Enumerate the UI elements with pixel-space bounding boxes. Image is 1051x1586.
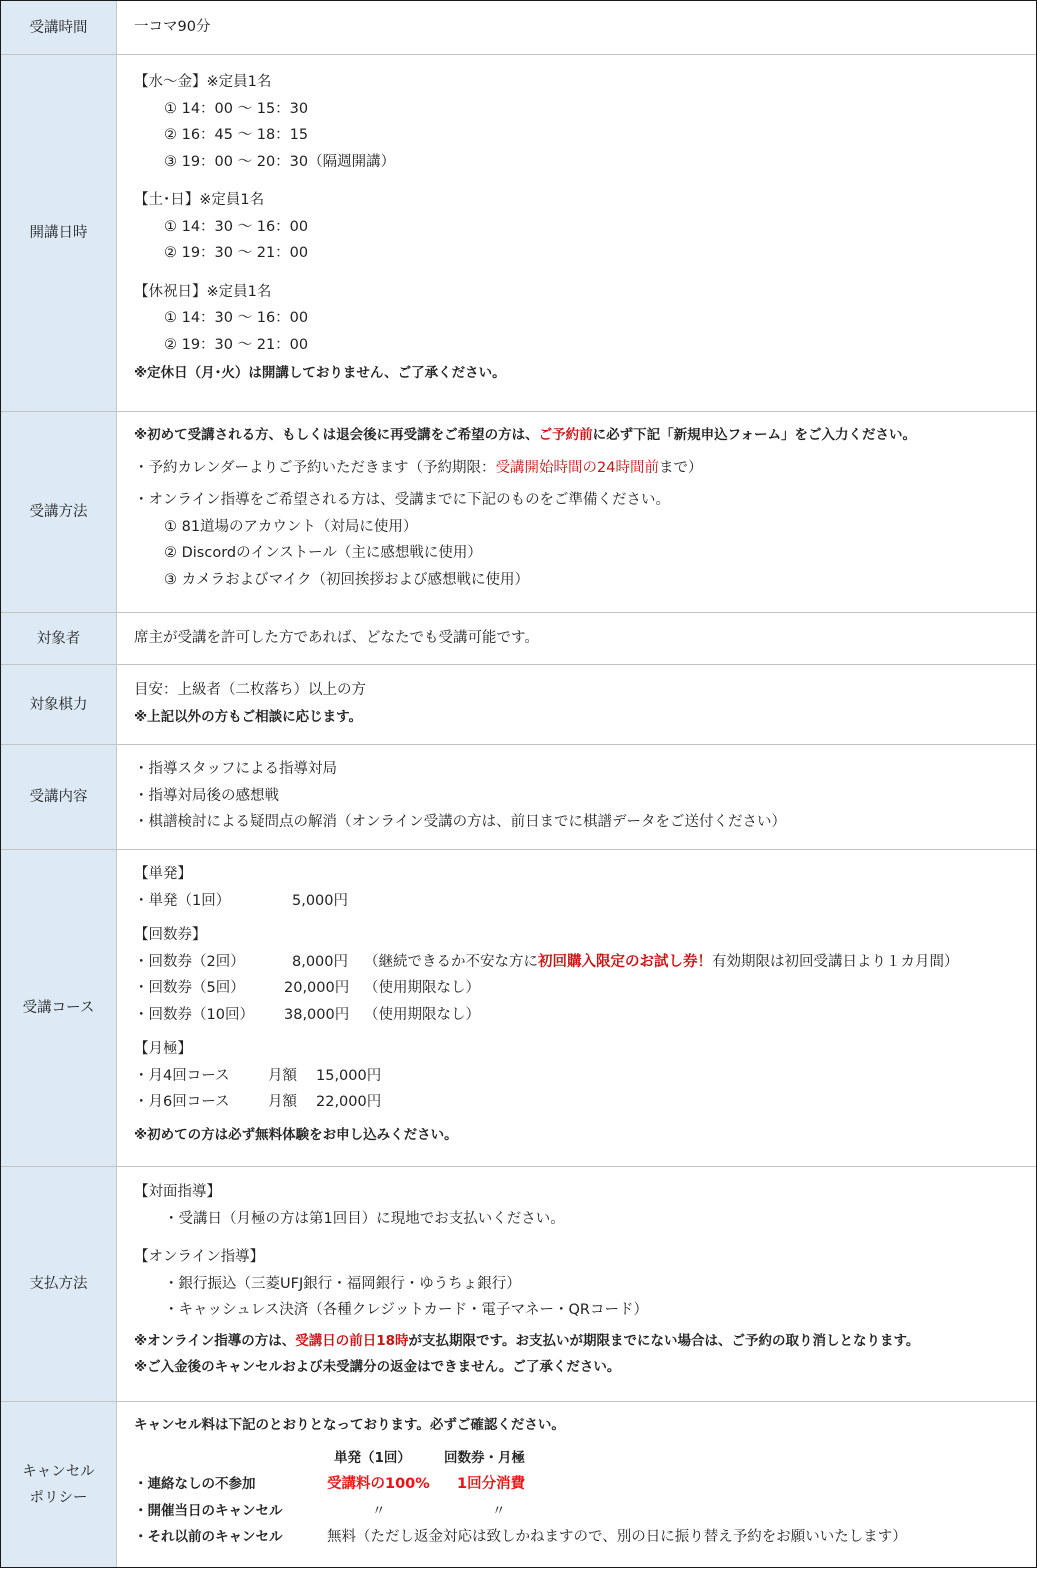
cancel-table-header: 単発（1回）回数券・月極 [134,1445,1036,1472]
course-item: ・単発（1回）5,000円 [134,888,1036,915]
course-note: （使用期限なし） [364,1007,480,1023]
schedule-slot: ② 19：30 ～ 21：00 [134,332,1036,359]
row-cancel: キャンセル ポリシー キャンセル料は下記のとおりとなっております。必ずご確認くだ… [1,1401,1036,1567]
note-text: ※オンライン指導の方は、 [134,1333,295,1349]
schedule-slot: ② 19：30 ～ 21：00 [134,240,1036,267]
online-prep-item: ③ カメラおよびマイク（初回挨拶および感想戦に使用） [134,567,1036,594]
new-member-notice: ※初めて受講される方、もしくは退会後に再受講をご希望の方は、ご予約前に必ず下記「… [134,422,1036,449]
course-price: 15,000円 [316,1068,381,1084]
method-content: ※初めて受講される方、もしくは退会後に再受講をご希望の方は、ご予約前に必ず下記「… [117,412,1036,612]
course-name: ・単発（1回） [134,888,292,915]
course-price: 5,000円 [292,893,348,909]
label-cancel-line: ポリシー [30,1485,88,1511]
label-schedule: 開講日時 [1,55,117,411]
course-item: ・月4回コース月額15,000円 [134,1063,1036,1090]
note-text: が支払期限です。お支払いが期限までにない場合は、ご予約の取り消しとなります。 [409,1333,920,1349]
schedule-slot: ③ 19：00 ～ 20：30（隔週開講） [134,149,1036,176]
cancel-intro: キャンセル料は下記のとおりとなっております。必ずご確認ください。 [134,1412,1036,1439]
online-prep-item: ① 81道場のアカウント（対局に使用） [134,514,1036,541]
course-price: 22,000円 [316,1094,381,1110]
course-note: （使用期限なし） [364,980,480,996]
cancel-content: キャンセル料は下記のとおりとなっております。必ずご確認ください。 単発（1回）回… [117,1402,1036,1567]
reserve-text: まで） [659,460,703,476]
course-item: ・回数券（2回）8,000円（継続できるか不安な方に初回購入限定のお試し券！有効… [134,949,1036,976]
target-text: 席主が受講を許可した方であれば、どなたでも受講可能です。 [134,625,539,652]
cancel-row: ・連絡なしの不参加受講料の100%1回分消費 [134,1471,1036,1498]
course-note: 有効期限は初回受講日より１カ月間） [712,954,959,970]
level-content: 目安：上級者（二枚落ち）以上の方 ※上記以外の方もご相談に応じます。 [117,665,1036,744]
course-item: ・回数券（10回）38,000円（使用期限なし） [134,1002,1036,1029]
payment-deadline-highlight: 受講日の前日18時 [295,1333,408,1349]
row-duration: 受講時間 一コマ90分 [1,1,1036,54]
schedule-closed-note: ※定休日（月･火）は開講しておりません、ご了承ください。 [134,360,1036,387]
content-item: ・棋譜検討による疑問点の解消（オンライン受講の方は、前日までに棋譜データをご送付… [134,809,1036,836]
label-duration: 受講時間 [1,1,117,54]
cancel-fee-free: 無料（ただし返金対応は致しかねますので、別の日に振り替え予約をお願いいたします） [327,1529,907,1545]
schedule-group-title: 【土･日】※定員1名 [134,187,1036,214]
cancel-fee-single: 受講料の100% [327,1471,457,1498]
course-price: 38,000円 [284,1002,364,1029]
payment-section-title: 【オンライン指導】 [134,1244,1036,1271]
cancel-header-ticket: 回数券・月極 [444,1450,525,1466]
content-list: ・指導スタッフによる指導対局 ・指導対局後の感想戦 ・棋譜検討による疑問点の解消… [117,745,1036,849]
content-item: ・指導対局後の感想戦 [134,783,1036,810]
row-schedule: 開講日時 【水～金】※定員1名 ① 14：00 ～ 15：30 ② 16：45 … [1,54,1036,411]
schedule-slot: ② 16：45 ～ 18：15 [134,122,1036,149]
course-price: 8,000円 [292,949,364,976]
online-prep-item: ② Discordのインストール（主に感想戦に使用） [134,540,1036,567]
cancel-case: ・開催当日のキャンセル [134,1498,372,1525]
course-item: ・回数券（5回）20,000円（使用期限なし） [134,975,1036,1002]
target-content: 席主が受講を許可した方であれば、どなたでも受講可能です。 [117,613,1036,664]
notice-text: に必ず下記「新規申込フォーム」をご入力ください。 [593,427,916,443]
label-courses: 受講コース [1,850,117,1166]
cancel-header-single: 単発（1回） [334,1445,444,1472]
label-content: 受講内容 [1,745,117,849]
label-level: 対象棋力 [1,665,117,744]
label-cancel-line: キャンセル [22,1459,95,1485]
row-payment: 支払方法 【対面指導】 ・受講日（月極の方は第1回目）に現地でお支払いください。… [1,1166,1036,1401]
refund-note: ※ご入金後のキャンセルおよび未受講分の返金はできません。ご了承ください。 [134,1354,1036,1381]
cancel-fee-single: 〃 [372,1498,492,1525]
schedule-slot: ① 14：30 ～ 16：00 [134,214,1036,241]
course-name: ・回数券（5回） [134,975,284,1002]
reserve-text: ・予約カレンダーよりご予約いただきます（予約期限： [134,460,496,476]
course-name: ・月6回コース [134,1089,268,1116]
course-section-title: 【月極】 [134,1036,1036,1063]
schedule-group-title: 【休祝日】※定員1名 [134,279,1036,306]
course-name: ・回数券（2回） [134,949,292,976]
courses-content: 【単発】 ・単発（1回）5,000円 【回数券】 ・回数券（2回）8,000円（… [117,850,1036,1166]
row-content: 受講内容 ・指導スタッフによる指導対局 ・指導対局後の感想戦 ・棋譜検討による疑… [1,744,1036,849]
schedule-slot: ① 14：30 ～ 16：00 [134,305,1036,332]
label-cancel: キャンセル ポリシー [1,1402,117,1567]
course-name: ・回数券（10回） [134,1002,284,1029]
payment-deadline-note: ※オンライン指導の方は、受講日の前日18時が支払期限です。お支払いが期限までにな… [134,1328,1036,1355]
course-price: 20,000円 [284,975,364,1002]
course-trial-note: ※初めての方は必ず無料体験をお申し込みください。 [134,1122,1036,1149]
cancel-fee-ticket: 〃 [492,1503,506,1519]
row-target: 対象者 席主が受講を許可した方であれば、どなたでも受講可能です。 [1,612,1036,664]
notice-highlight: ご予約前 [539,427,593,443]
label-payment: 支払方法 [1,1167,117,1401]
cancel-case: ・それ以前のキャンセル [134,1524,327,1551]
schedule-group-title: 【水～金】※定員1名 [134,69,1036,96]
schedule-slot: ① 14：00 ～ 15：30 [134,96,1036,123]
row-method: 受講方法 ※初めて受講される方、もしくは退会後に再受講をご希望の方は、ご予約前に… [1,411,1036,612]
label-method: 受講方法 [1,412,117,612]
level-text: 目安：上級者（二枚落ち）以上の方 [134,677,1036,704]
payment-item: ・キャッシュレス決済（各種クレジットカード・電子マネー・QRコード） [134,1297,1036,1324]
course-name: ・月4回コース [134,1063,268,1090]
cancel-fee-ticket: 1回分消費 [457,1476,525,1492]
duration-value: 一コマ90分 [117,1,1036,54]
course-section-title: 【回数券】 [134,922,1036,949]
schedule-content: 【水～金】※定員1名 ① 14：00 ～ 15：30 ② 16：45 ～ 18：… [117,55,1036,411]
duration-text: 一コマ90分 [134,14,210,41]
content-item: ・指導スタッフによる指導対局 [134,756,1036,783]
course-unit: 月額 [268,1089,316,1116]
course-note: （継続できるか不安な方に [364,954,538,970]
course-item: ・月6回コース月額22,000円 [134,1089,1036,1116]
payment-content: 【対面指導】 ・受講日（月極の方は第1回目）に現地でお支払いください。 【オンラ… [117,1167,1036,1401]
reserve-deadline-highlight: 受講開始時間の24時間前 [496,460,659,476]
online-prep-intro: ・オンライン指導をご希望される方は、受講までに下記のものをご準備ください。 [134,487,1036,514]
payment-section-title: 【対面指導】 [134,1179,1036,1206]
course-section-title: 【単発】 [134,861,1036,888]
cancel-case: ・連絡なしの不参加 [134,1471,327,1498]
cancel-row: ・それ以前のキャンセル無料（ただし返金対応は致しかねますので、別の日に振り替え予… [134,1524,1036,1551]
course-unit: 月額 [268,1063,316,1090]
payment-item: ・銀行振込（三菱UFJ銀行・福岡銀行・ゆうちょ銀行） [134,1271,1036,1298]
course-info-table: 受講時間 一コマ90分 開講日時 【水～金】※定員1名 ① 14：00 ～ 15… [0,0,1037,1568]
payment-item: ・受講日（月極の方は第1回目）に現地でお支払いください。 [134,1206,1036,1233]
notice-text: ※初めて受講される方、もしくは退会後に再受講をご希望の方は、 [134,427,539,443]
label-target: 対象者 [1,613,117,664]
row-courses: 受講コース 【単発】 ・単発（1回）5,000円 【回数券】 ・回数券（2回）8… [1,849,1036,1166]
row-level: 対象棋力 目安：上級者（二枚落ち）以上の方 ※上記以外の方もご相談に応じます。 [1,664,1036,744]
reserve-calendar-text: ・予約カレンダーよりご予約いただきます（予約期限：受講開始時間の24時間前まで） [134,455,1036,482]
level-note: ※上記以外の方もご相談に応じます。 [134,704,1036,731]
cancel-row: ・開催当日のキャンセル〃〃 [134,1498,1036,1525]
trial-ticket-highlight: 初回購入限定のお試し券！ [538,954,712,970]
